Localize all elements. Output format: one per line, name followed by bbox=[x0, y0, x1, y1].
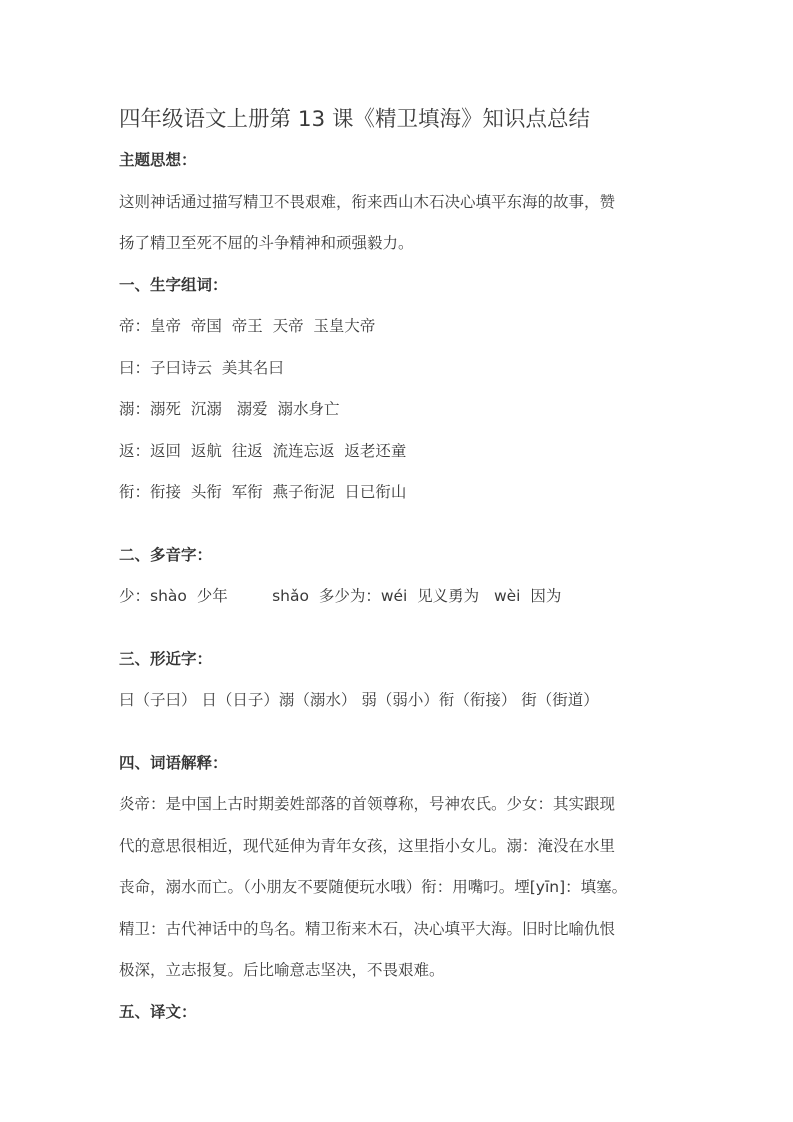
section-4-line-4: 精卫：古代神话中的鸟名。精卫衔来木石，决心填平大海。旧时比喻仇恨 bbox=[119, 919, 615, 939]
section-2-heading: 二、多音字： bbox=[119, 545, 212, 565]
theme-line-1: 这则神话通过描写精卫不畏艰难，衔来西山木石决心填平东海的故事，赞 bbox=[119, 192, 615, 212]
document-page: 四年级语文上册第 13 课《精卫填海》知识点总结 主题思想： 这则神话通过描写精… bbox=[0, 0, 793, 1122]
section-4-heading: 四、词语解释： bbox=[119, 753, 228, 773]
section-2-line-1: 少：shào 少年 shǎo 多少为：wéi 见义勇为 wèi 因为 bbox=[119, 586, 561, 606]
section-3-line-1: 曰（子曰） 日（日子）溺（溺水） 弱（弱小）衔（衔接） 街（街道） bbox=[119, 690, 599, 710]
section-1-line-4: 返：返回 返航 往返 流连忘返 返老还童 bbox=[119, 441, 406, 461]
section-4-line-3: 丧命，溺水而亡。（小朋友不要随便玩水哦）衔：用嘴叼。堙[yīn]：填塞。 bbox=[119, 877, 627, 897]
section-4-line-5: 极深，立志报复。后比喻意志坚决，不畏艰难。 bbox=[119, 960, 445, 980]
theme-heading: 主题思想： bbox=[119, 150, 197, 170]
section-5-heading: 五、译文： bbox=[119, 1002, 197, 1022]
section-1-line-2: 曰：子曰诗云 美其名曰 bbox=[119, 358, 284, 378]
section-1-line-3: 溺：溺死 沉溺 溺爱 溺水身亡 bbox=[119, 399, 340, 419]
section-3-heading: 三、形近字： bbox=[119, 649, 212, 669]
document-title: 四年级语文上册第 13 课《精卫填海》知识点总结 bbox=[119, 106, 590, 134]
theme-line-2: 扬了精卫至死不屈的斗争精神和顽强毅力。 bbox=[119, 233, 414, 253]
section-1-line-5: 衔：衔接 头衔 军衔 燕子衔泥 日已衔山 bbox=[119, 482, 406, 502]
section-4-line-1: 炎帝：是中国上古时期姜姓部落的首领尊称，号神农氏。少女：其实跟现 bbox=[119, 794, 615, 814]
section-4-line-2: 代的意思很相近，现代延伸为青年女孩，这里指小女儿。溺：淹没在水里 bbox=[119, 836, 615, 856]
section-1-heading: 一、生字组词： bbox=[119, 275, 228, 295]
section-1-line-1: 帝：皇帝 帝国 帝王 天帝 玉皇大帝 bbox=[119, 316, 375, 336]
